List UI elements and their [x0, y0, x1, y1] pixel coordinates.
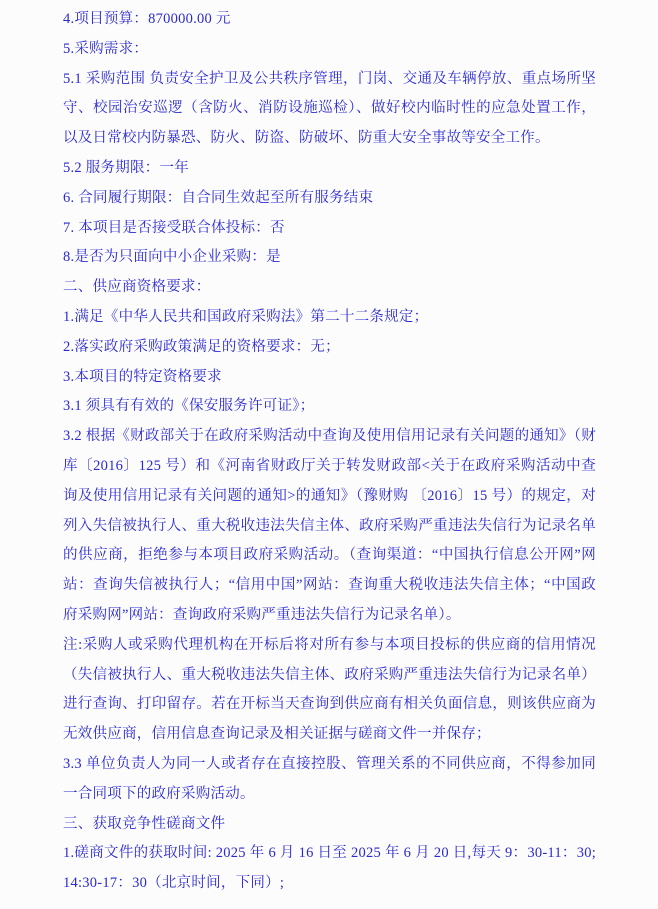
service-period-line: 5.2 服务期限：一年 — [63, 154, 596, 184]
supplier-qualification-heading: 二、供应商资格要求： — [63, 273, 596, 303]
document-page: 4.项目预算：870000.00 元 5.采购需求： 5.1 采购范围 负责安全… — [0, 0, 658, 909]
qualification-item-3-1: 3.1 须具有有效的《保安服务许可证》； — [63, 392, 596, 422]
document-obtain-time-line: 1.磋商文件的获取时间: 2025 年 6 月 16 日至 2025 年 6 月… — [63, 839, 596, 899]
qualification-item-3-2: 3.2 根据《财政部关于在政府采购活动中查询及使用信用记录有关问题的通知》（财库… — [63, 422, 596, 631]
qualification-item-2: 2.落实政府采购政策满足的资格要求：无； — [63, 333, 596, 363]
qualification-item-1: 1.满足《中华人民共和国政府采购法》第二十二条规定； — [63, 303, 596, 333]
project-budget-line: 4.项目预算：870000.00 元 — [63, 5, 596, 35]
consortium-bidding-line: 7. 本项目是否接受联合体投标：否 — [63, 214, 596, 244]
qualification-item-3: 3.本项目的特定资格要求 — [63, 363, 596, 393]
qualification-item-3-3: 3.3 单位负责人为同一人或者存在直接控股、管理关系的不同供应商，不得参加同一合… — [63, 750, 596, 810]
contract-performance-period-line: 6. 合同履行期限：自合同生效起至所有服务结束 — [63, 184, 596, 214]
procurement-demand-heading: 5.采购需求： — [63, 35, 596, 65]
sme-procurement-line: 8.是否为只面向中小企业采购：是 — [63, 243, 596, 273]
credit-check-note: 注:采购人或采购代理机构在开标后将对所有参与本项目投标的供应商的信用情况（失信被… — [63, 631, 596, 750]
obtain-documents-heading: 三、获取竞争性磋商文件 — [63, 810, 596, 840]
procurement-scope-paragraph: 5.1 采购范围 负责安全护卫及公共秩序管理，门岗、交通及车辆停放、重点场所坚守… — [63, 65, 596, 154]
